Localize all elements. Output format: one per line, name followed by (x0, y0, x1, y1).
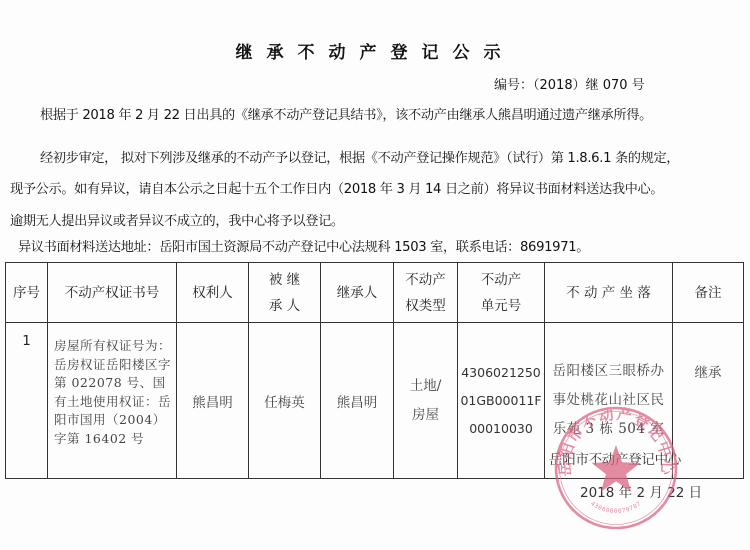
location-line2: 事处桃花山社区民 (545, 386, 672, 415)
document-title: 继承不动产登记公示 (0, 38, 750, 63)
header-right-type-line1: 不动产 (394, 267, 457, 293)
cell-right-type: 土地/ 房屋 (394, 323, 458, 479)
paragraph-basis: 根据于 2018 年 2 月 22 日出具的《继承不动产登记具结书》，该不动产由… (40, 104, 652, 123)
header-remark: 备注 (673, 263, 744, 323)
paragraph-contact-address: 异议书面材料送达地址：岳阳市国土资源局不动产登记中心法规科 1503 室，联系电… (18, 236, 589, 255)
cell-decedent: 任梅英 (249, 323, 321, 479)
cell-remark: 继承 (673, 323, 744, 479)
header-unit-no-line2: 单元号 (458, 293, 544, 319)
unit-no-line2: 01GB00011F (458, 387, 544, 415)
document-page: 继承不动产登记公示 编号：（2018）继 070 号 根据于 2018 年 2 … (0, 0, 750, 550)
unit-no-line3: 00010030 (458, 415, 544, 443)
right-type-line1: 土地/ (394, 372, 457, 401)
right-type-line2: 房屋 (394, 401, 457, 430)
header-unit-no: 不动产 单元号 (458, 263, 545, 323)
header-heir: 继承人 (321, 263, 394, 323)
header-decedent: 被 继 承 人 (249, 263, 321, 323)
header-cert-no: 不动产权证书号 (48, 263, 177, 323)
signature-date: 2018 年 2 月 22 日 (580, 481, 702, 501)
header-right-type: 不动产 权类型 (394, 263, 458, 323)
cell-cert-no: 房屋所有权证号为：岳房权证岳阳楼区字第 022078 号、国有土地使用权证：岳阳… (48, 323, 177, 479)
location-line3: 乐苑 3 栋 504 室 (545, 415, 672, 444)
cert-no-text: 房屋所有权证号为：岳房权证岳阳楼区字第 022078 号、国有土地使用权证：岳阳… (48, 323, 176, 448)
header-unit-no-line1: 不动产 (458, 267, 544, 293)
unit-no-line1: 4306021250 (458, 359, 544, 387)
cell-seq: 1 (6, 323, 48, 479)
cell-unit-no: 4306021250 01GB00011F 00010030 (458, 323, 545, 479)
location-line1: 岳阳楼区三眼桥办 (545, 357, 672, 386)
signature-organization: 岳阳市不动产登记中心 (549, 448, 681, 468)
stamp-serial: 4306000079707 (589, 500, 643, 515)
header-seq: 序号 (6, 263, 48, 323)
paragraph-objection-period: 现予公示。如有异议，请自本公示之日起十五个工作日内（2018 年 3 月 14 … (10, 178, 663, 197)
paragraph-review: 经初步审定， 拟对下列涉及继承的不动产予以登记，根据《不动产登记操作规范》（试行… (40, 147, 679, 166)
svg-text:4306000079707: 4306000079707 (589, 500, 643, 515)
header-decedent-line1: 被 继 (249, 267, 320, 293)
table-header-row: 序号 不动产权证书号 权利人 被 继 承 人 继承人 不动产 权类型 不动产 单… (6, 263, 744, 323)
cell-right-holder: 熊昌明 (177, 323, 249, 479)
header-decedent-line2: 承 人 (249, 293, 320, 319)
document-number: 编号：（2018）继 070 号 (494, 74, 645, 93)
paragraph-registration-notice: 逾期无人提出异议或者异议不成立的，我中心将予以登记。 (10, 210, 344, 229)
header-location: 不 动 产 坐 落 (545, 263, 673, 323)
registration-table: 序号 不动产权证书号 权利人 被 继 承 人 继承人 不动产 权类型 不动产 单… (5, 262, 744, 479)
header-right-type-line2: 权类型 (394, 293, 457, 319)
header-right-holder: 权利人 (177, 263, 249, 323)
cell-heir: 熊昌明 (321, 323, 394, 479)
